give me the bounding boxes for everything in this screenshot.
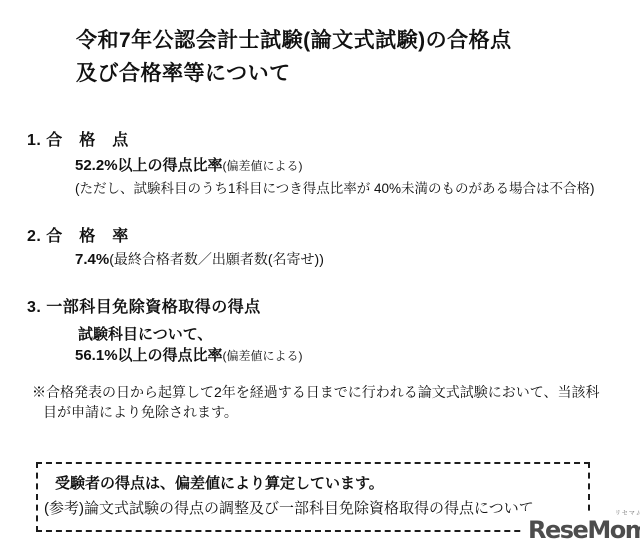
pass-score-value: 52.2%以上の得点比率: [75, 157, 223, 174]
document-page: 令和7年公認会計士試験(論文式試験)の合格点 及び合格率等について 1. 合 格…: [0, 0, 640, 553]
info-box-deviation-statement: 受験者の得点は、偏差値により算定しています。: [55, 475, 384, 492]
document-title-line1: 令和7年公認会計士試験(論文式試験)の合格点: [76, 24, 512, 57]
resemom-watermark-logo: リセマム ReseMom.: [523, 511, 640, 544]
exemption-score-note: (偏差値による): [223, 349, 303, 363]
exemption-note-line1: ※合格発表の日から起算して2年を経過する日までに行われる論文式試験において、当該…: [32, 384, 600, 400]
pass-score-note: (偏差値による): [223, 159, 303, 173]
document-title: 令和7年公認会計士試験(論文式試験)の合格点 及び合格率等について: [76, 24, 512, 90]
document-title-line2: 及び合格率等について: [76, 57, 512, 90]
pass-rate-note: (最終合格者数／出願者数(名寄せ)): [109, 251, 324, 267]
section-3-heading-exemption-score: 3. 一部科目免除資格取得の得点: [27, 299, 261, 317]
pass-rate-value: 7.4%: [75, 251, 109, 268]
section-2-heading-pass-rate: 2. 合 格 率: [27, 228, 129, 246]
resemom-logo-text: ReseMom.: [528, 518, 640, 542]
pass-rate-line: 7.4%(最終合格者数／出願者数(名寄せ)): [75, 251, 324, 268]
section-1-heading-pass-score: 1. 合 格 点: [27, 132, 129, 150]
reference-info-box: 受験者の得点は、偏差値により算定しています。 (参考)論文式試験の得点の調整及び…: [36, 462, 590, 532]
exemption-score-value: 56.1%以上の得点比率: [75, 347, 223, 364]
exemption-score-line: 56.1%以上の得点比率(偏差値による): [75, 347, 303, 364]
exemption-score-subject-line: 試験科目について、: [78, 326, 212, 343]
pass-score-line: 52.2%以上の得点比率(偏差値による): [75, 157, 303, 174]
exemption-note-line2: 目が申請により免除されます。: [43, 404, 238, 420]
info-box-reference-link-text: (参考)論文式試験の得点の調整及び一部科目免除資格取得の得点について: [44, 500, 534, 517]
pass-score-condition: (ただし、試験科目のうち1科目につき得点比率が 40%未満のものがある場合は不合…: [75, 181, 595, 197]
